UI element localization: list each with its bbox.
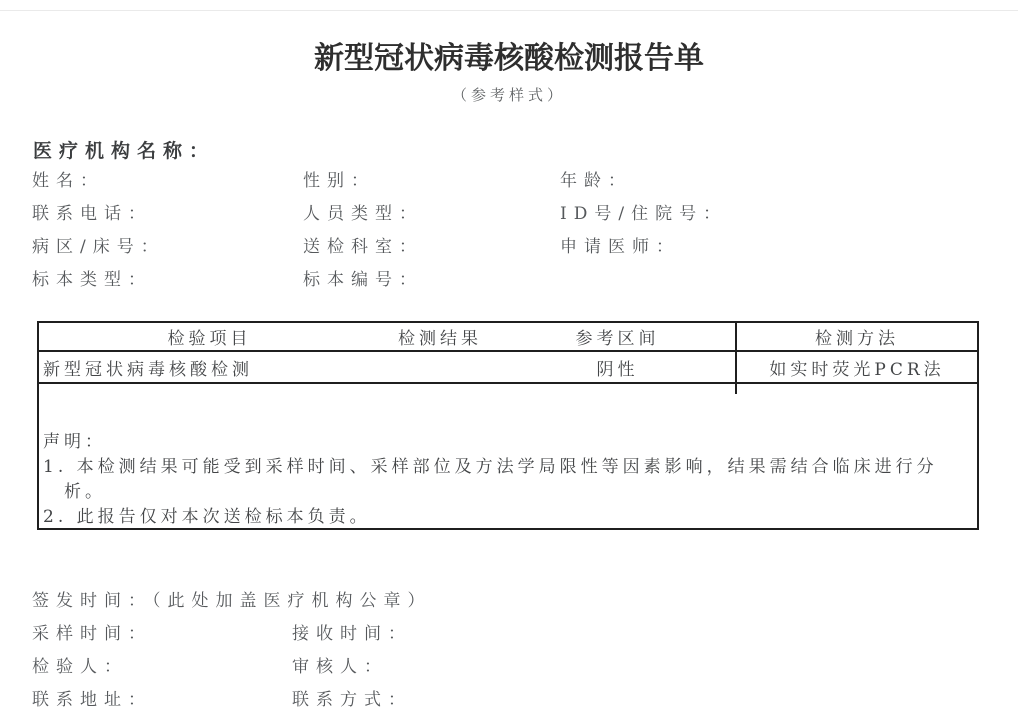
cell-test-item: 新型冠状病毒核酸检测 xyxy=(39,352,380,382)
field-label-send-department: 送检科室： xyxy=(303,232,423,257)
result-table: 检验项目 检测结果 参考区间 检测方法 新型冠状病毒核酸检测 阴性 如实时荧光P… xyxy=(37,321,979,530)
statement-line: 1. 本检测结果可能受到采样时间、采样部位及方法学局限性等因素影响，结果需结合临… xyxy=(43,455,969,480)
field-label-issue-time: 签发时间：（此处加盖医疗机构公章） xyxy=(32,586,432,611)
field-label-ward-bed: 病区/床号： xyxy=(32,232,165,257)
field-label-request-physician: 申请医师： xyxy=(560,232,680,257)
result-table-data-row: 新型冠状病毒核酸检测 阴性 如实时荧光PCR法 xyxy=(39,352,977,384)
field-label-contact-address: 联系地址： xyxy=(32,685,152,710)
field-label-sampling-time: 采样时间： xyxy=(32,619,152,644)
field-label-phone: 联系电话： xyxy=(32,199,152,224)
field-label-gender: 性别： xyxy=(303,166,375,191)
statement-line: 2. 此报告仅对本次送检标本负责。 xyxy=(43,505,969,530)
column-divider-tick xyxy=(735,384,737,394)
report-page: 新型冠状病毒核酸检测报告单 （参考样式） 医疗机构名称： 姓名： 性别： 年龄：… xyxy=(0,0,1018,713)
cell-result xyxy=(380,352,500,382)
field-label-id-number: ID号/住院号： xyxy=(560,199,727,224)
col-header-result: 检测结果 xyxy=(380,323,500,350)
report-title: 新型冠状病毒核酸检测报告单 xyxy=(0,33,1018,77)
top-edge-divider xyxy=(0,10,1018,11)
field-label-specimen-number: 标本编号： xyxy=(303,265,423,290)
statement-line: 析。 xyxy=(64,480,969,505)
col-header-reference: 参考区间 xyxy=(500,323,735,350)
col-header-test-item: 检验项目 xyxy=(39,323,380,350)
field-label-name: 姓名： xyxy=(32,166,104,191)
field-label-age: 年龄： xyxy=(560,166,632,191)
col-header-method: 检测方法 xyxy=(735,323,977,350)
cell-reference: 阴性 xyxy=(500,352,735,382)
statement-heading: 声明： xyxy=(43,430,969,455)
field-label-tester: 检验人： xyxy=(32,652,128,677)
field-label-person-type: 人员类型： xyxy=(303,199,423,224)
field-label-reviewer: 审核人： xyxy=(292,652,388,677)
field-label-contact-method: 联系方式： xyxy=(292,685,412,710)
report-subtitle: （参考样式） xyxy=(0,84,1018,105)
result-table-header-row: 检验项目 检测结果 参考区间 检测方法 xyxy=(39,323,977,352)
cell-method: 如实时荧光PCR法 xyxy=(735,352,977,382)
statement-section: 声明： 1. 本检测结果可能受到采样时间、采样部位及方法学局限性等因素影响，结果… xyxy=(39,384,977,528)
field-label-specimen-type: 标本类型： xyxy=(32,265,152,290)
field-label-receiving-time: 接收时间： xyxy=(292,619,412,644)
org-name-label: 医疗机构名称： xyxy=(33,136,215,163)
